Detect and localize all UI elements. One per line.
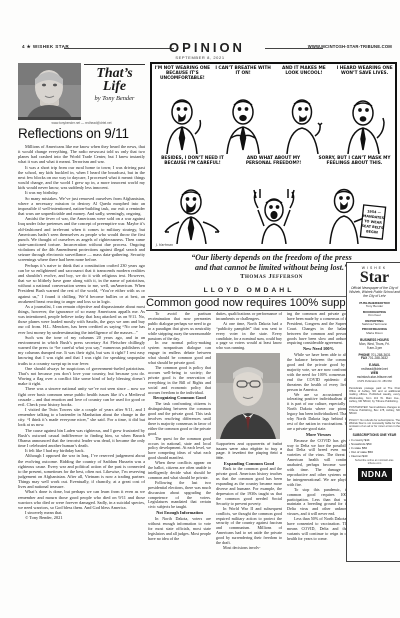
editorial-cartoon: I’m not wearing one because it’s uncomfo… [150,62,397,251]
article-paragraph: So many mistakes. We’ve just removed our… [18,196,145,217]
article-paragraph: I visited the Twin Towers site a couple … [18,407,145,428]
article-paragraph: We are so accustomed to tolerating posit… [287,393,350,432]
issue-date: SEPTEMBER 8, 2021 [0,55,400,60]
article-paragraph: The common good is policy that accrues w… [148,366,211,395]
omdahl-photo-caption: Supporters and opponents of ballot issue… [216,442,282,460]
article-paragraph: There was a sincere national unity we’ve… [18,386,145,407]
article-paragraph: To avoid the partisan recrimination that… [148,312,211,341]
fax-label: FAX [361,356,367,360]
subscriptions-list: • In county $44• Snowbirds $50• In state… [349,439,400,459]
article-paragraph: ing the common and private good have bee… [287,312,350,346]
article-paragraph: At one time, North Dakota had a “publici… [216,322,282,351]
postage-fine-print: Periodicals postage paid at The Post Off… [349,387,400,403]
column-title-line2: Life [84,80,145,93]
article-paragraph: In North Dakota, voters are without enou… [148,517,211,542]
article-paragraph: © Tony Bender, 2021 [18,515,145,520]
article-paragraph: When these conflicts appear on the ballo… [148,461,211,481]
article-paragraph: The quest for the common good occurs in … [148,437,211,462]
article-paragraph: Amidst the fever of war, the Americans w… [18,216,145,262]
cartoon-figure-2 [217,98,269,154]
author-contact-line: www.tonybender.net — redhead@drtel.net [18,121,145,125]
page-header: 4 ★ WISHEK STAR OPINION WWW.MCINTOSH-STA… [22,40,392,54]
cartoon-row-1: I’m not wearing one because it’s uncomfo… [152,66,395,154]
article-paragraph: Perhaps it’s naive to think that a const… [18,263,145,304]
article-paragraph: Following the last two presidential elec… [148,481,211,510]
article-paragraph: The task confronting citizens is disting… [148,402,211,436]
policy-note: POLICY: No refunds for subscriptions. Th… [349,419,400,432]
cartoon-panel-2: I can’t breathe with it on! [213,66,274,154]
article-paragraph: More Viruses [287,433,350,438]
subscribe-online-note: Subscribe online at mcintosh-star-tribun… [349,459,400,465]
cartoon-row-2: Besides, I don’t need it because I’m car… [152,156,395,244]
speech-bubble-6: And what about my personal freedom?! [235,157,312,167]
speech-bubble-1: I’m not wearing one because it’s uncomfo… [154,67,211,82]
cartoon-panel-4: I heard wearing one won’t save lives. [334,66,395,154]
article-paragraph: As a journalist, I can remain objective … [18,304,145,335]
cartoon-panel-5: Besides, I don’t need it because I’m car… [152,156,233,244]
article-paragraph: Because the COVID has given way to Delta… [287,439,350,488]
cartoon-panel-1: I’m not wearing one because it’s uncomfo… [152,66,213,154]
masthead-description: Official Newspaper of the City of Wishek… [349,287,400,299]
article-paragraph: To stop this pandemic, the common good r… [287,488,350,517]
postmaster-note: POSTMASTER: Send address changes to Trib… [349,406,400,416]
article-paragraph: While we have been able to alter the bal… [287,353,350,392]
website-url: WWW.MCINTOSH-STAR-TRIBUNE.COM [308,44,392,49]
article-paragraph: It was a short trip from our rural home … [18,165,145,191]
speech-bubble-7: Sorry, but I can’t mask my feelings abou… [316,157,393,167]
staff-name: Kim Keel [349,314,400,318]
masthead-star-logo: Star [349,270,400,285]
article-paragraph: One should always be suspicious of gover… [18,366,145,387]
column-title-block: That’s Life by Tony Bender [84,64,145,102]
article-paragraph: Millions of Americans like me know when … [18,144,145,165]
cartoon-panel-7: Sorry, but I can’t mask my feelings abou… [314,156,395,244]
staff-name: Sabrina Herrmann [349,323,400,327]
staff-name: Maria Dixon [349,332,400,336]
usps-number: USPS Publication Nr. 286-560 [349,380,400,384]
article-paragraph: What’s done is done, but perhaps we can … [18,489,145,510]
title-rule [84,64,145,65]
column-byline: by Tony Bender [84,95,145,102]
omdahl-kicker: LLOYD OMDAHL [148,287,350,297]
article-paragraph: Back to the common good and the private … [216,467,282,506]
lloyd-omdahl-photo [216,353,280,439]
newspaper-opinion-page: 4 ★ WISHEK STAR OPINION WWW.MCINTOSH-STA… [0,0,400,618]
cartoon-figure-3 [278,98,330,154]
speech-bubble-3: And it makes me look uncool! [276,67,333,77]
cartoon-panel-3: And it makes me look uncool! [274,66,335,154]
masthead-box: WISHEK Star Official Newspaper of the Ci… [346,262,400,562]
cartoon-figure-1 [156,98,208,154]
speech-bubble-5: Besides, I don’t need it because I’m car… [154,157,231,167]
article-paragraph: Less than 50% of North Dakotans have con… [287,517,350,542]
omdahl-column-1: To avoid the partisan recrimination that… [148,312,211,588]
ndna-logo: NDNA [358,468,392,481]
cartoon-figure-7: 1954 — MANDATES TO WEAR SEAT BELTS BEGIN [322,188,388,244]
tony-bender-photo [18,63,81,120]
omdahl-column-2: duties, qualifications or performance of… [216,312,282,588]
cartoon-panel-6: And what about my personal freedom?! [233,156,314,244]
article-body-reflections: Millions of Americans like me know when … [18,144,145,564]
speech-bubble-2: I can’t breathe with it on! [215,67,272,77]
omdahl-col2-bottom: Expanding Common GoodBack to the common … [216,462,282,551]
cartoonist-signature: J. Hartman [156,243,173,247]
article-paragraph: In our normal policy-making system nonpa… [148,341,211,366]
cartoon-figure-4 [339,98,391,154]
masthead-staff-list: PUBLISHER/EDITORTony BenderBOOKKEEPINGKi… [349,302,400,336]
fax-number: 701-288-3632 [368,356,388,360]
article-paragraph: The cause against bin Laden was righteou… [18,428,145,449]
article-paragraph: Such was the tone of my columns 20 years… [18,335,145,366]
article-headline-reflections: Reflections on 9/11 [18,126,147,141]
cartoon-figure-6 [244,188,304,244]
speech-bubble-4: I heard wearing one won’t save lives. [336,67,393,77]
staff-name: Tony Bender [349,305,400,309]
article-paragraph: Although I opposed the war in Iraq, I’ve… [18,453,145,489]
article-paragraph: Most decisions involv- [216,546,282,551]
business-hours-time: 9 am-3 pm [349,347,400,351]
omdahl-col2-top: duties, qualifications or performance of… [216,312,282,351]
article-paragraph: In World War II and subsequent conflicts… [216,507,282,546]
omdahl-column-3: ing the common and private good have bee… [287,312,350,588]
cartoon-figure-5 [161,188,225,244]
omdahl-headline: Common good now requires 100% support [146,297,352,311]
